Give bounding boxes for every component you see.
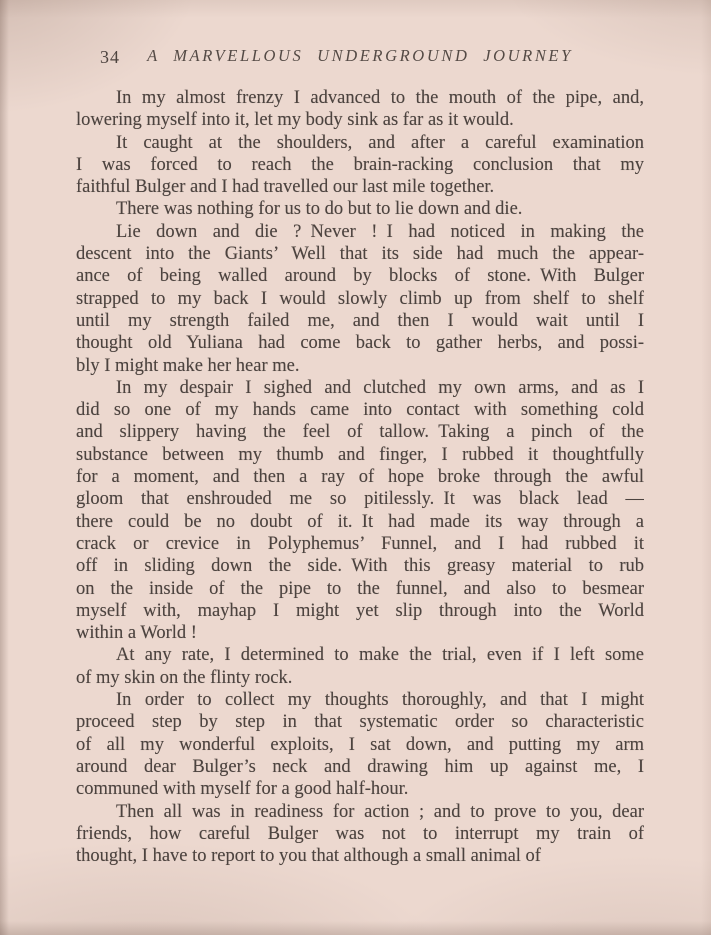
paragraph: It caught at the shoulders, and after a …: [76, 132, 644, 199]
text-line: There was nothing for us to do but to li…: [76, 198, 644, 220]
text-line: of my skin on the flinty rock.: [76, 667, 644, 689]
text-line: Then all was in readiness for action ; a…: [76, 801, 644, 823]
paragraph: Then all was in readiness for action ; a…: [76, 801, 644, 868]
text-line: and slippery having the feel of tallow. …: [76, 421, 644, 443]
text-line: within a World !: [76, 622, 644, 644]
text-line: gloom that enshrouded me so pitilessly. …: [76, 488, 644, 510]
text-line: faithful Bulger and I had travelled our …: [76, 176, 644, 198]
text-line: ance of being walled around by blocks of…: [76, 265, 644, 287]
text-line: thought, I have to report to you that al…: [76, 845, 644, 867]
text-line: of all my wonderful exploits, I sat down…: [76, 734, 644, 756]
text-line: substance between my thumb and finger, I…: [76, 444, 644, 466]
text-line: on the inside of the pipe to the funnel,…: [76, 578, 644, 600]
text-line: descent into the Giants’ Well that its s…: [76, 243, 644, 265]
text-line: off in sliding down the side. With this …: [76, 555, 644, 577]
text-line: bly I might make her hear me.: [76, 355, 644, 377]
text-line: I was forced to reach the brain-racking …: [76, 154, 644, 176]
text-line: communed with myself for a good half-hou…: [76, 778, 644, 800]
text-block: In my almost frenzy I advanced to the mo…: [76, 87, 644, 867]
text-line: lowering myself into it, let my body sin…: [76, 109, 644, 131]
text-line: crack or crevice in Polyphemus’ Funnel, …: [76, 533, 644, 555]
text-line: It caught at the shoulders, and after a …: [76, 132, 644, 154]
text-line: proceed step by step in that systematic …: [76, 711, 644, 733]
paragraph: Lie down and die ? Never ! I had noticed…: [76, 221, 644, 377]
text-line: for a moment, and then a ray of hope bro…: [76, 466, 644, 488]
text-line: In my despair I sighed and clutched my o…: [76, 377, 644, 399]
text-line: until my strength failed me, and then I …: [76, 310, 644, 332]
paragraph: In my almost frenzy I advanced to the mo…: [76, 87, 644, 132]
text-line: myself with, mayhap I might yet slip thr…: [76, 600, 644, 622]
text-line: At any rate, I determined to make the tr…: [76, 644, 644, 666]
running-header: A MARVELLOUS UNDERGROUND JOURNEY: [76, 46, 644, 66]
text-line: around dear Bulger’s neck and drawing hi…: [76, 756, 644, 778]
paragraph: In order to collect my thoughts thorough…: [76, 689, 644, 800]
paragraph: In my despair I sighed and clutched my o…: [76, 377, 644, 645]
page-number: 34: [100, 47, 120, 68]
paragraph: At any rate, I determined to make the tr…: [76, 644, 644, 689]
text-line: strapped to my back I would slowly climb…: [76, 288, 644, 310]
page-header: 34 A MARVELLOUS UNDERGROUND JOURNEY: [76, 46, 644, 70]
text-line: In my almost frenzy I advanced to the mo…: [76, 87, 644, 109]
paragraph: There was nothing for us to do but to li…: [76, 198, 644, 220]
text-line: In order to collect my thoughts thorough…: [76, 689, 644, 711]
text-line: friends, how careful Bulger was not to i…: [76, 823, 644, 845]
text-line: there could be no doubt of it. It had ma…: [76, 511, 644, 533]
text-line: Lie down and die ? Never ! I had noticed…: [76, 221, 644, 243]
book-page: 34 A MARVELLOUS UNDERGROUND JOURNEY In m…: [0, 0, 711, 935]
text-line: did so one of my hands came into contact…: [76, 399, 644, 421]
text-line: thought old Yuliana had come back to gat…: [76, 332, 644, 354]
